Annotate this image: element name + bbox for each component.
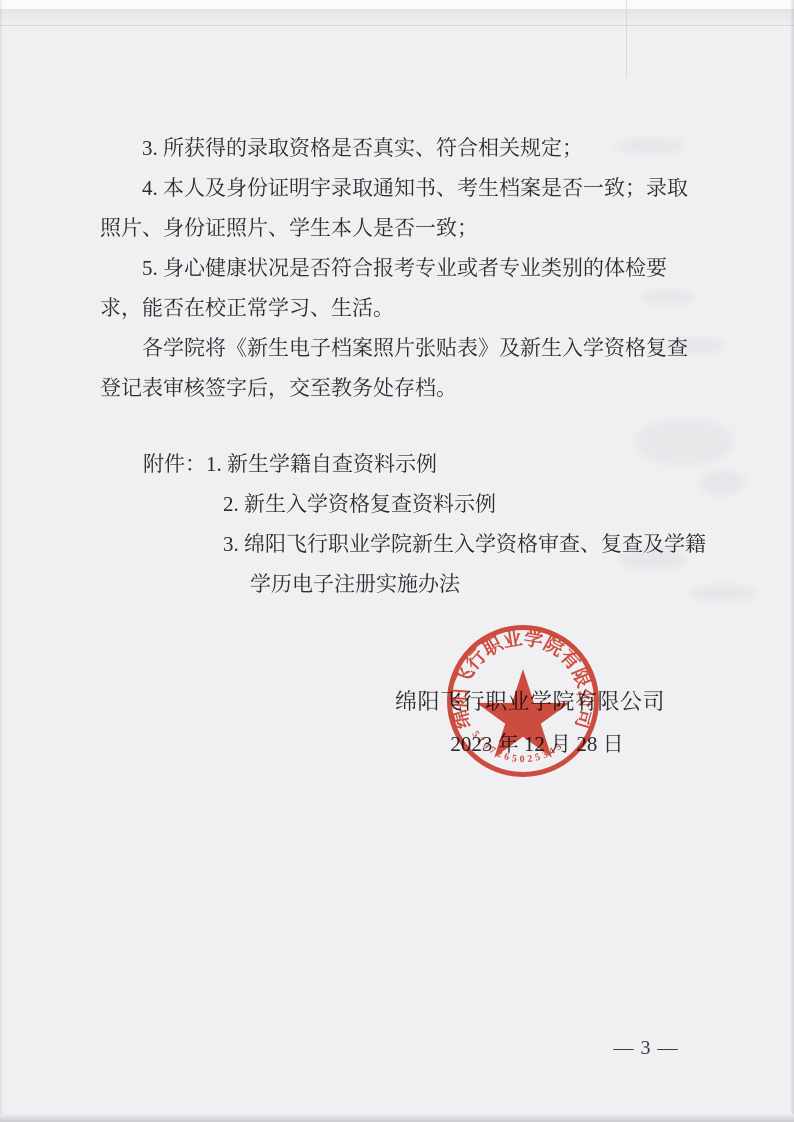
- fold-mark: [626, 0, 627, 78]
- scan-shadow-band: [0, 9, 794, 26]
- attachment-line-wrap: 学历电子注册实施办法: [250, 564, 706, 604]
- scan-edge-right: [790, 0, 794, 1122]
- body-line: 求，能否在校正常学习、生活。: [100, 288, 694, 328]
- body-line: 登记表审核签字后，交至教务处存档。: [100, 368, 694, 408]
- attachment-line: 2. 新生入学资格复查资料示例: [223, 484, 706, 524]
- attachment-line: 3. 绵阳飞行职业学院新生入学资格审查、复查及学籍: [223, 524, 706, 564]
- body-line: 各学院将《新生电子档案照片张贴表》及新生入学资格复查: [100, 328, 694, 368]
- body-line: 照片、身份证照片、学生本人是否一致；: [100, 208, 694, 248]
- attachments-block: 附件：1. 新生学籍自查资料示例 2. 新生入学资格复查资料示例 3. 绵阳飞行…: [143, 444, 706, 604]
- body-line: 3. 所获得的录取资格是否真实、符合相关规定；: [100, 128, 694, 168]
- scan-edge-left: [0, 0, 3, 1122]
- attachment-heading-line: 附件：1. 新生学籍自查资料示例: [143, 444, 706, 484]
- page-number: — 3 —: [596, 1036, 696, 1060]
- body-line: 5. 身心健康状况是否符合报考专业或者专业类别的体检要: [100, 248, 694, 288]
- scanned-document-page: 3. 所获得的录取资格是否真实、符合相关规定； 4. 本人及身份证明宇录取通知书…: [0, 0, 794, 1122]
- scan-edge-top: [0, 0, 794, 9]
- body-line: 4. 本人及身份证明宇录取通知书、考生档案是否一致；录取: [100, 168, 694, 208]
- scan-edge-bottom: [0, 1114, 794, 1122]
- body-paragraphs: 3. 所获得的录取资格是否真实、符合相关规定； 4. 本人及身份证明宇录取通知书…: [100, 128, 694, 408]
- official-seal-stamp: 绵阳飞行职业学院有限公司 5107265025345: [436, 615, 612, 791]
- bleedthrough-smudge: [700, 470, 745, 495]
